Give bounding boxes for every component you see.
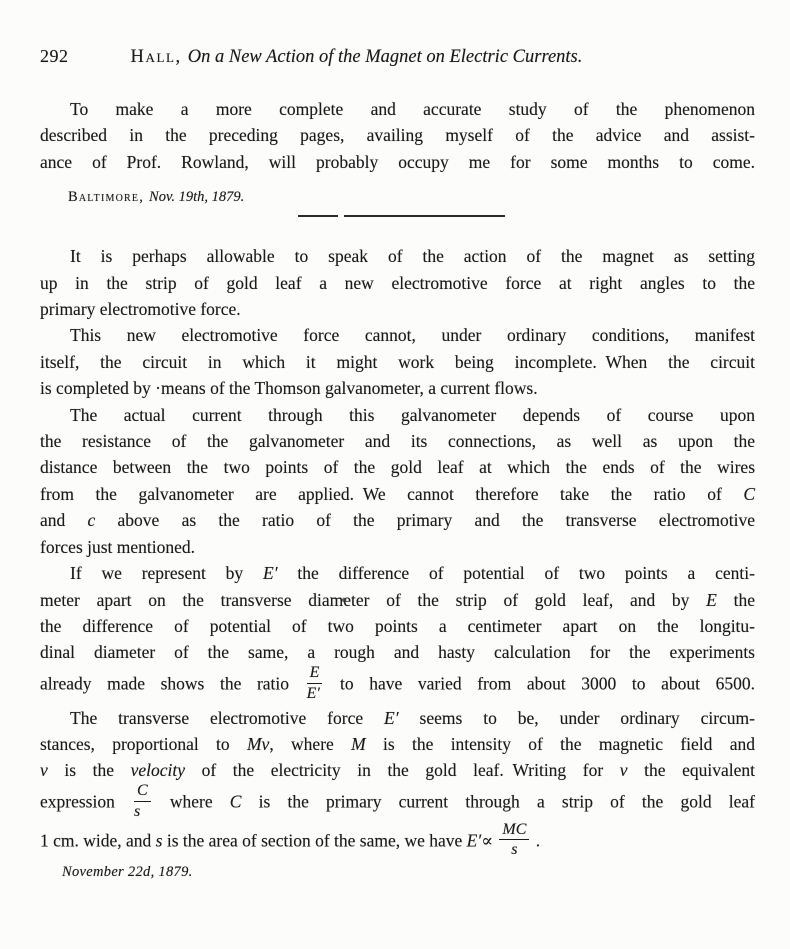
text-line: already made shows the ratio EE′ to have… <box>40 666 755 705</box>
text-line: dinal diameter of the same, a rough and … <box>40 639 755 665</box>
section-divider-rule <box>298 215 505 217</box>
fraction: Cs <box>134 782 151 821</box>
text-line: and c above as the ratio of the primary … <box>40 507 755 533</box>
article-title: On a New Action of the Magnet on Electri… <box>188 47 583 67</box>
paragraph: The actual current through this galvanom… <box>40 402 755 560</box>
text-line: distance between the two points of the g… <box>40 454 755 480</box>
paragraph: This new electromotive force cannot, und… <box>40 322 755 401</box>
text-line: This new electromotive force cannot, und… <box>40 322 755 348</box>
text-line: meter apart on the transverse diameter o… <box>40 587 755 613</box>
paragraph: To make a more complete and accurate stu… <box>40 96 755 175</box>
text-line: If we represent by E′ the difference of … <box>40 560 755 586</box>
text-line: To make a more complete and accurate stu… <box>40 96 755 122</box>
closing-date: November 22d, 1879. <box>62 864 755 881</box>
fraction-denominator: s <box>134 802 151 821</box>
page-content: 292 Hall,On a New Action of the Magnet o… <box>0 0 790 881</box>
text-line: stances, proportional to Mv, where M is … <box>40 731 755 757</box>
fraction-numerator: C <box>134 782 151 802</box>
dateline-place: Baltimore, <box>68 189 144 205</box>
dateline-baltimore: Baltimore,Nov. 19th, 1879. <box>68 189 755 206</box>
text-line: v is the velocity of the electricity in … <box>40 757 755 783</box>
fraction: EE′ <box>307 664 323 703</box>
text-line: expression Cs where C is the primary cur… <box>40 784 755 823</box>
text-line: forces just mentioned. <box>40 534 755 560</box>
body-paragraphs: It is perhaps allowable to speak of the … <box>40 243 755 861</box>
text-line: The actual current through this galvanom… <box>40 402 755 428</box>
text-line: primary electromotive force. <box>40 296 755 322</box>
fraction-denominator: s <box>499 840 529 859</box>
fraction: MCs <box>499 821 529 860</box>
text-line: ance of Prof. Rowland, will probably occ… <box>40 149 755 175</box>
author-name: Hall, <box>131 47 182 67</box>
text-line: from the galvanometer are applied. We ca… <box>40 481 755 507</box>
text-line: is completed by ·means of the Thomson ga… <box>40 375 755 401</box>
text-line: It is perhaps allowable to speak of the … <box>40 243 755 269</box>
dateline-date: Nov. 19th, 1879. <box>149 189 244 205</box>
page-number: 292 <box>40 46 69 67</box>
fraction-numerator: E <box>307 664 323 684</box>
text-line: up in the strip of gold leaf a new elect… <box>40 270 755 296</box>
text-line: the difference of potential of two point… <box>40 613 755 639</box>
paragraph: If we represent by E′ the difference of … <box>40 560 755 704</box>
running-header: 292 Hall,On a New Action of the Magnet o… <box>40 46 755 68</box>
intro-paragraphs: To make a more complete and accurate stu… <box>40 96 755 175</box>
text-line: described in the preceding pages, availi… <box>40 122 755 148</box>
fraction-denominator: E′ <box>307 684 323 703</box>
text-line: The transverse electromotive force E′ se… <box>40 705 755 731</box>
header-text: Hall,On a New Action of the Magnet on El… <box>131 47 583 68</box>
text-line: 1 cm. wide, and s is the area of section… <box>40 823 755 862</box>
paragraph: The transverse electromotive force E′ se… <box>40 705 755 862</box>
fraction-numerator: MC <box>499 821 529 841</box>
scanned-page: 292 Hall,On a New Action of the Magnet o… <box>0 0 790 949</box>
paragraph: It is perhaps allowable to speak of the … <box>40 243 755 322</box>
text-line: itself, the circuit in which it might wo… <box>40 349 755 375</box>
text-line: the resistance of the galvanometer and i… <box>40 428 755 454</box>
